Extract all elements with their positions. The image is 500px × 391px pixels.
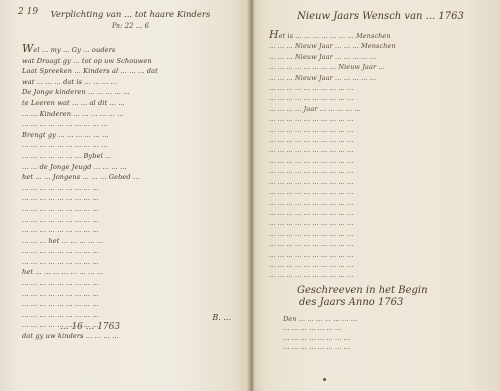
manuscript-line: ... ... ... ... ... ... ... ... ...: [22, 183, 239, 194]
manuscript-line: ... ... ... ... ... ... ... ... ... ...: [22, 140, 239, 151]
manuscript-line: ... ... ... ... ... ... ... ... ... ...: [269, 208, 492, 218]
manuscript-line: Den ... ... ... ... ... ... ...: [283, 315, 492, 324]
manuscript-line: ... ... ... ... ... ... ... ... ... ...: [269, 250, 492, 260]
ink-dot: [323, 378, 326, 381]
manuscript-line: ... ... de Jonge Jeugd ... ... ... ...: [22, 162, 239, 173]
manuscript-line: ... ... ... Nieuw Jaar ... ... ... ... .…: [269, 52, 492, 62]
signature: B. ...: [212, 313, 231, 322]
open-manuscript-book: 2 19 Verplichting van ... tot haare Kind…: [0, 0, 500, 391]
manuscript-line: ... ... ... ... ... ... ... ... ...: [22, 278, 239, 289]
manuscript-line: dat gy uw kinders ... ... ... ...: [22, 331, 239, 342]
manuscript-line: ... ... ... ... ... ... ... ...: [283, 334, 492, 343]
manuscript-line: ... ... ... ... ... ... ... ... ... ...: [269, 93, 492, 103]
manuscript-line: wat Draagt gy ... tot op uw Schouwen: [22, 56, 239, 67]
manuscript-line: Het is ... ... ... ... ... ... ... Mensc…: [269, 30, 492, 41]
manuscript-line: te Leeren wat ... ... al dit ... ...: [22, 98, 239, 109]
manuscript-line: ... ... ... ... ... ... ... ... ...: [22, 310, 239, 321]
manuscript-line: De Jonge kinderen ... ... ... ... ...: [22, 87, 239, 98]
manuscript-line: ... ... ... ... ... ... ... ... ...: [22, 193, 239, 204]
manuscript-line: ... ... ... ... ... ... ... ... ...: [22, 225, 239, 236]
manuscript-line: ... ... ... ... ... ... ... Bybel ...: [22, 151, 239, 162]
manuscript-line: ... ... ... ... ... ... ... ... ... ...: [269, 218, 492, 228]
manuscript-line: ... ... ... Nieuw Jaar ... ... ... Mensc…: [269, 41, 492, 51]
manuscript-line: ... ... ... ... ... ... ... ... ... ...: [269, 114, 492, 124]
left-page-subheading: Ps: 22 ... 6: [22, 22, 239, 30]
manuscript-line: ... ... ... ... ... ... ... ... ...: [22, 204, 239, 215]
manuscript-line: ... ... ... ... ... ... ... ... ... ...: [269, 135, 492, 145]
manuscript-line: ... ... ... ... ... ... ... ... ... ...: [269, 229, 492, 239]
manuscript-line: ... ... ... ... ... ... ... ... ... ...: [269, 125, 492, 135]
manuscript-line: ... ... ... ... ... ... ... ... Nieuw Ja…: [269, 62, 492, 72]
manuscript-line: ... ... ... ... ... ... ... ... ... ...: [269, 177, 492, 187]
manuscript-line: wat ... ... ... dat is ... ... ... ...: [22, 77, 239, 88]
manuscript-line: ... ... ... ... ... ... ... ... ...: [22, 299, 239, 310]
manuscript-line: ... ... ... ... ... ... ... ... ... ...: [269, 156, 492, 166]
manuscript-line: ... ... ... ... ... ... ... ... ...: [22, 289, 239, 300]
manuscript-line: ... ... ... ... ... ... ... ... ... ...: [269, 166, 492, 176]
closing-line-2: des Jaars Anno 1763: [297, 297, 492, 309]
right-page: Nieuw Jaars Wensch van ... 1763 Het is .…: [251, 0, 500, 391]
right-page-heading: Nieuw Jaars Wensch van ... 1763: [269, 12, 492, 22]
manuscript-line: ... ... ... ... ... ... ... ... ...: [22, 257, 239, 268]
manuscript-line: Brengt gy ... ... ... ... ... ...: [22, 130, 239, 141]
closing-line-1: Geschreeven in het Begin: [297, 285, 492, 297]
date-line: ... 16 ... 1763: [60, 322, 120, 332]
manuscript-line: ... ... ... ... ... ... ...: [283, 324, 492, 333]
left-page-heading: Verplichting van ... tot haare Kinders: [22, 10, 239, 20]
manuscript-line: ... ... ... ... ... ... ... ... ...: [22, 215, 239, 226]
verse-block: Den ... ... ... ... ... ... ...... ... .…: [269, 315, 492, 353]
page-number: 2 19: [18, 7, 38, 17]
manuscript-line: Laat Spreeken ... Kinders al ... ... ...…: [22, 66, 239, 77]
manuscript-line: ... ... ... ... ... ... ... ... ... ...: [269, 187, 492, 197]
manuscript-line: het ... ... Jongens ... ... ... Gebed ..…: [22, 172, 239, 183]
manuscript-line: ... ... Kinderen ... ... ... ... ... ...: [22, 109, 239, 120]
manuscript-line: ... ... ... ... ... ... ... ... ... ...: [269, 145, 492, 155]
manuscript-line: ... ... ... ... Jaar ... ... ... ... ...: [269, 104, 492, 114]
manuscript-line: ... ... ... het ... ... ... ... ...: [22, 236, 239, 247]
manuscript-line: ... ... ... ... ... ... ... ... ... ...: [269, 239, 492, 249]
manuscript-line: ... ... ... ... ... ... ... ... ... ...: [269, 83, 492, 93]
left-page: 2 19 Verplichting van ... tot haare Kind…: [0, 0, 251, 391]
closing-block: Geschreeven in het Begin des Jaars Anno …: [269, 285, 492, 309]
manuscript-line: ... ... ... ... ... ... ... ... ...: [22, 320, 239, 331]
manuscript-line: ... ... ... ... ... ... ... ... ... ...: [22, 119, 239, 130]
manuscript-line: Wel ... my ... Gy ... ouders: [22, 44, 239, 56]
manuscript-line: ... ... ... ... ... ... ... ... ... ...: [269, 260, 492, 270]
manuscript-line: ... ... ... ... ... ... ... ... ...: [22, 246, 239, 257]
manuscript-line: het ... ... ... ... ... ... ... ...: [22, 267, 239, 278]
manuscript-line: ... ... ... ... ... ... ... ... ... ...: [269, 198, 492, 208]
right-page-text: Het is ... ... ... ... ... ... ... Mensc…: [269, 30, 492, 281]
manuscript-line: ... ... ... ... ... ... ... ...: [283, 343, 492, 352]
left-page-text: Wel ... my ... Gy ... ouderswat Draagt g…: [22, 44, 239, 342]
manuscript-line: ... ... ... Nieuw Jaar ... ... ... ... .…: [269, 73, 492, 83]
manuscript-line: ... ... ... ... ... ... ... ... ... ...: [269, 270, 492, 280]
